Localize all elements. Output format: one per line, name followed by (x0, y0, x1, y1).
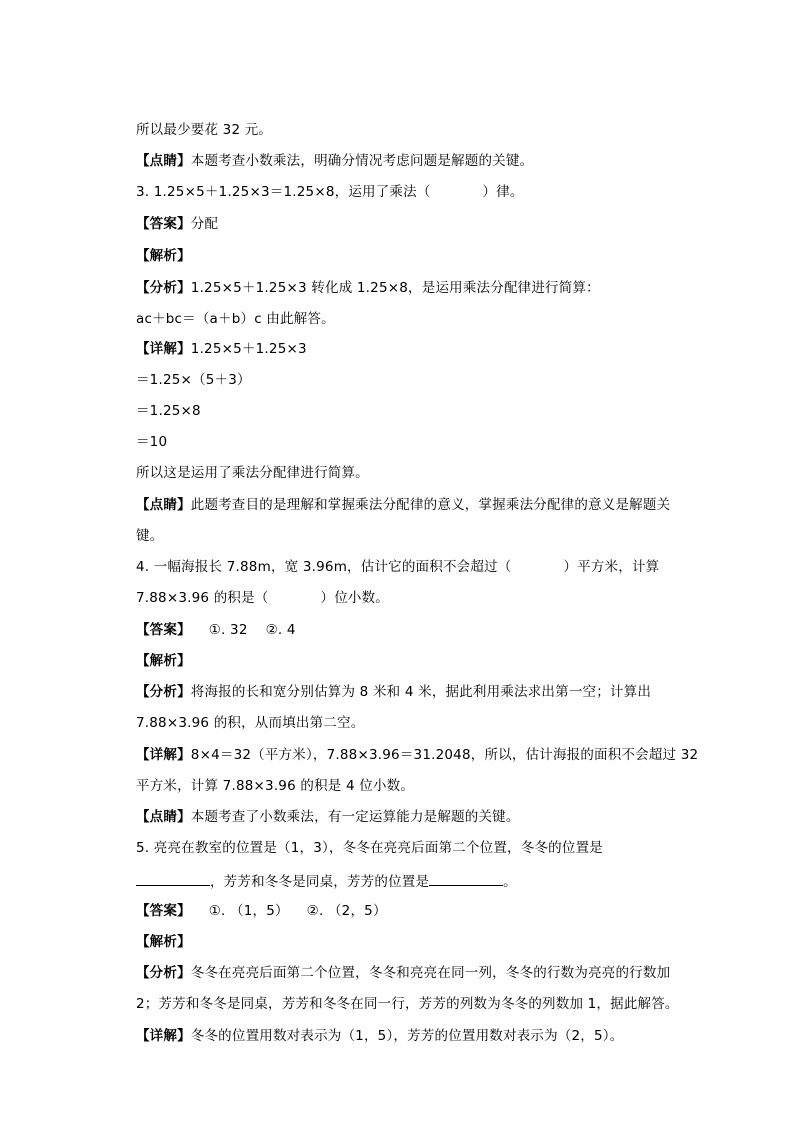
detail-line: 【详解】冬冬的位置用数对表示为（1，5），芳芳的位置用数对表示为（2，5）。 (118, 1009, 623, 1063)
answer-text: ①. 32 ②. 4 (191, 622, 296, 638)
line-text: 冬冬的位置用数对表示为（1，5），芳芳的位置用数对表示为（2，5）。 (191, 1028, 624, 1044)
question-text: ）平方米，计算 (563, 559, 659, 575)
question-text: ）律。 (483, 184, 524, 200)
answer-text: 分配 (191, 216, 218, 232)
question-text: 。 (503, 874, 517, 890)
section-tag: 【详解】 (136, 1028, 191, 1044)
question-text: ）位小数。 (321, 590, 390, 606)
answer-text: ①. （1，5） ②. （2，5） (191, 903, 387, 919)
line-text: 此题考查目的是理解和掌握乘法分配律的意义，掌握乘法分配律的意义是解题关 (191, 497, 671, 513)
comment-line: 【点睛】此题考查目的是理解和掌握乘法分配律的意义，掌握乘法分配律的意义是解题关 (118, 478, 670, 532)
answer-blank (429, 871, 503, 886)
document-page: 所以最少要花 32 元。 【点睛】本题考查小数乘法，明确分情况考虑问题是解题的关… (0, 0, 794, 1123)
